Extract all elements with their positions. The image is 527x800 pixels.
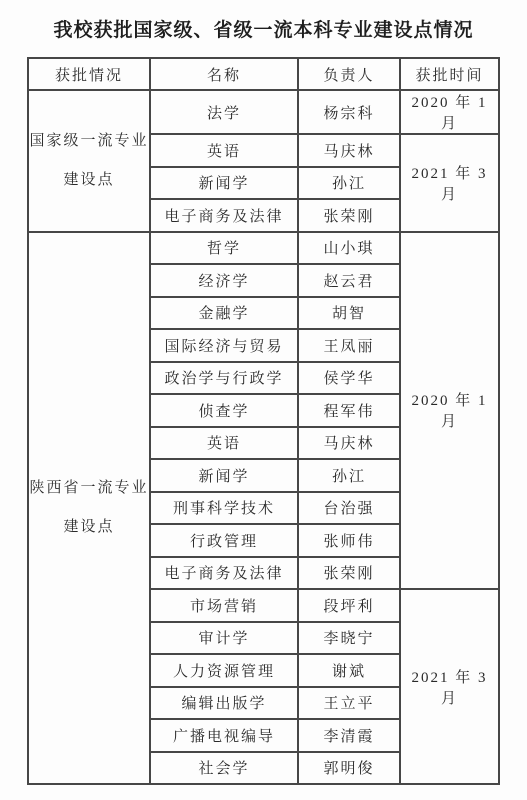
- date-cell: 2020 年 1 月: [400, 90, 499, 134]
- leader-cell: 张师伟: [298, 524, 400, 557]
- leader-cell: 张荣刚: [298, 199, 400, 232]
- header-row: 获批情况 名称 负责人 获批时间: [28, 58, 499, 90]
- program-name-cell: 经济学: [150, 264, 298, 297]
- leader-cell: 侯学华: [298, 362, 400, 395]
- program-name-cell: 侦查学: [150, 394, 298, 427]
- approval-table: 获批情况 名称 负责人 获批时间 国家级一流专业 建设点 法学 杨宗科 2020…: [27, 57, 500, 785]
- program-name-cell: 新闻学: [150, 167, 298, 200]
- leader-cell: 程军伟: [298, 394, 400, 427]
- program-name-cell: 国际经济与贸易: [150, 329, 298, 362]
- leader-cell: 杨宗科: [298, 90, 400, 134]
- leader-cell: 马庆林: [298, 134, 400, 167]
- program-name-cell: 英语: [150, 427, 298, 460]
- leader-cell: 李晓宁: [298, 622, 400, 655]
- header-approval-date: 获批时间: [400, 58, 499, 90]
- leader-cell: 郭明俊: [298, 752, 400, 785]
- program-name-cell: 哲学: [150, 232, 298, 265]
- page-title: 我校获批国家级、省级一流本科专业建设点情况: [0, 0, 527, 42]
- leader-cell: 马庆林: [298, 427, 400, 460]
- table-row: 国家级一流专业 建设点 法学 杨宗科 2020 年 1 月: [28, 90, 499, 134]
- program-name-cell: 金融学: [150, 297, 298, 330]
- program-name-cell: 人力资源管理: [150, 654, 298, 687]
- leader-cell: 孙江: [298, 459, 400, 492]
- leader-cell: 赵云君: [298, 264, 400, 297]
- table-row: 陕西省一流专业 建设点 哲学 山小琪 2020 年 1 月: [28, 232, 499, 265]
- leader-cell: 李清霞: [298, 719, 400, 752]
- leader-cell: 山小琪: [298, 232, 400, 265]
- leader-cell: 孙江: [298, 167, 400, 200]
- program-name-cell: 广播电视编导: [150, 719, 298, 752]
- leader-cell: 张荣刚: [298, 557, 400, 590]
- program-name-cell: 电子商务及法律: [150, 557, 298, 590]
- header-program-name: 名称: [150, 58, 298, 90]
- date-cell: 2021 年 3 月: [400, 589, 499, 784]
- leader-cell: 王立平: [298, 687, 400, 720]
- leader-cell: 胡智: [298, 297, 400, 330]
- category-cell-provincial: 陕西省一流专业 建设点: [28, 232, 150, 785]
- date-cell: 2021 年 3 月: [400, 134, 499, 232]
- program-name-cell: 新闻学: [150, 459, 298, 492]
- leader-cell: 段坪利: [298, 589, 400, 622]
- program-name-cell: 英语: [150, 134, 298, 167]
- program-name-cell: 刑事科学技术: [150, 492, 298, 525]
- program-name-cell: 法学: [150, 90, 298, 134]
- leader-cell: 王凤丽: [298, 329, 400, 362]
- header-approval-status: 获批情况: [28, 58, 150, 90]
- header-leader: 负责人: [298, 58, 400, 90]
- date-cell: 2020 年 1 月: [400, 232, 499, 590]
- leader-cell: 谢斌: [298, 654, 400, 687]
- category-cell-national: 国家级一流专业 建设点: [28, 90, 150, 232]
- program-name-cell: 行政管理: [150, 524, 298, 557]
- program-name-cell: 市场营销: [150, 589, 298, 622]
- program-name-cell: 编辑出版学: [150, 687, 298, 720]
- program-name-cell: 审计学: [150, 622, 298, 655]
- program-name-cell: 电子商务及法律: [150, 199, 298, 232]
- program-name-cell: 社会学: [150, 752, 298, 785]
- program-name-cell: 政治学与行政学: [150, 362, 298, 395]
- leader-cell: 台治强: [298, 492, 400, 525]
